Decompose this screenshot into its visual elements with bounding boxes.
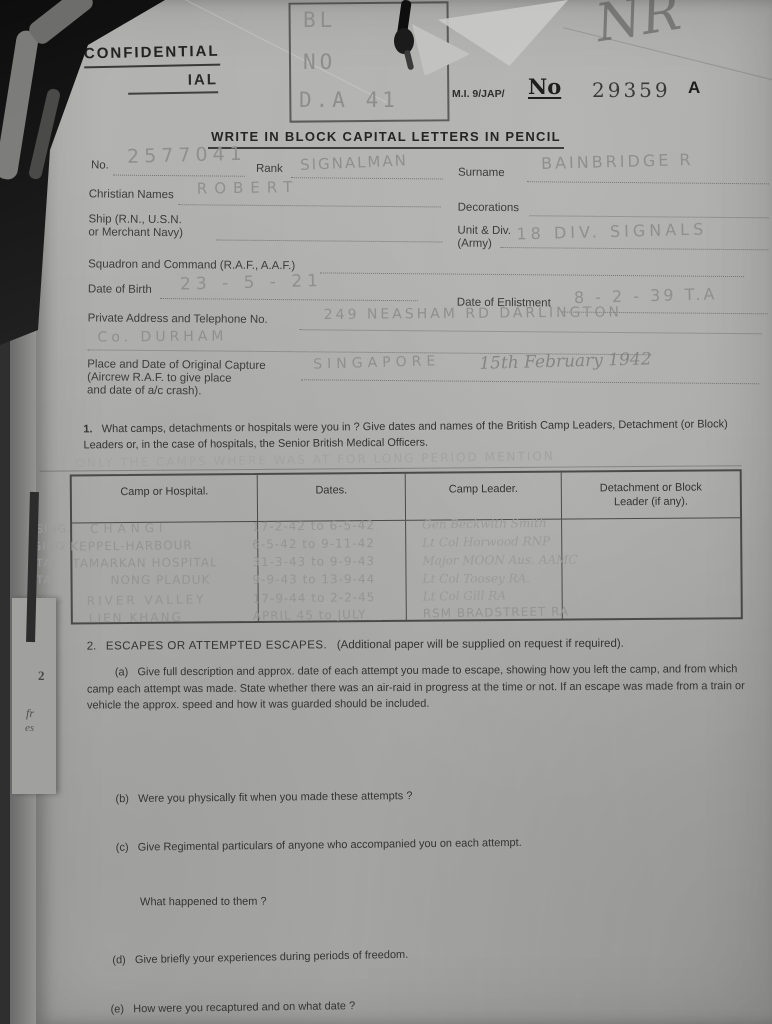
underpage-fragment: es (25, 722, 34, 734)
question2e-label: (e) (111, 1003, 125, 1015)
question2b-text: Were you physically fit when you made th… (138, 790, 412, 805)
question2e: (e) How were you recaptured and on what … (110, 999, 355, 1018)
question2-title: ESCAPES OR ATTEMPTED ESCAPES. (106, 639, 327, 652)
question2a: (a) Give full description and approx. da… (87, 661, 751, 714)
question2e-text: How were you recaptured and on what date… (133, 1000, 355, 1015)
question2-number: 2. (87, 641, 97, 653)
question2d: (d) Give briefly your experiences during… (112, 948, 408, 970)
question2a-text: Give full description and approx. date o… (87, 663, 745, 711)
question2-title-note: (Additional paper will be supplied on re… (337, 638, 624, 652)
question2b-label: (b) (115, 793, 129, 805)
question2c: (c) Give Regimental particulars of anyon… (116, 836, 522, 857)
question2-section: 2. ESCAPES OR ATTEMPTED ESCAPES. (Additi… (0, 0, 772, 1024)
scanned-pow-form: CONFIDENTIAL IAL BL NO D.A 41 M.I. 9/JAP… (0, 0, 772, 1024)
underpage-fragment: fr (26, 706, 34, 721)
underpage-fragment: 2 (38, 668, 45, 684)
question2-title-row: 2. ESCAPES OR ATTEMPTED ESCAPES. (Additi… (87, 635, 755, 655)
question2b: (b) Were you physically fit when you mad… (115, 789, 412, 808)
question2c-followup: What happened to them ? (140, 895, 267, 912)
question2c-label: (c) (116, 842, 129, 854)
question2d-text: Give briefly your experiences during per… (135, 949, 408, 966)
question2c-text: Give Regimental particulars of anyone wh… (138, 837, 522, 854)
question2d-label: (d) (112, 954, 126, 966)
question2a-label: (a) (115, 666, 129, 678)
